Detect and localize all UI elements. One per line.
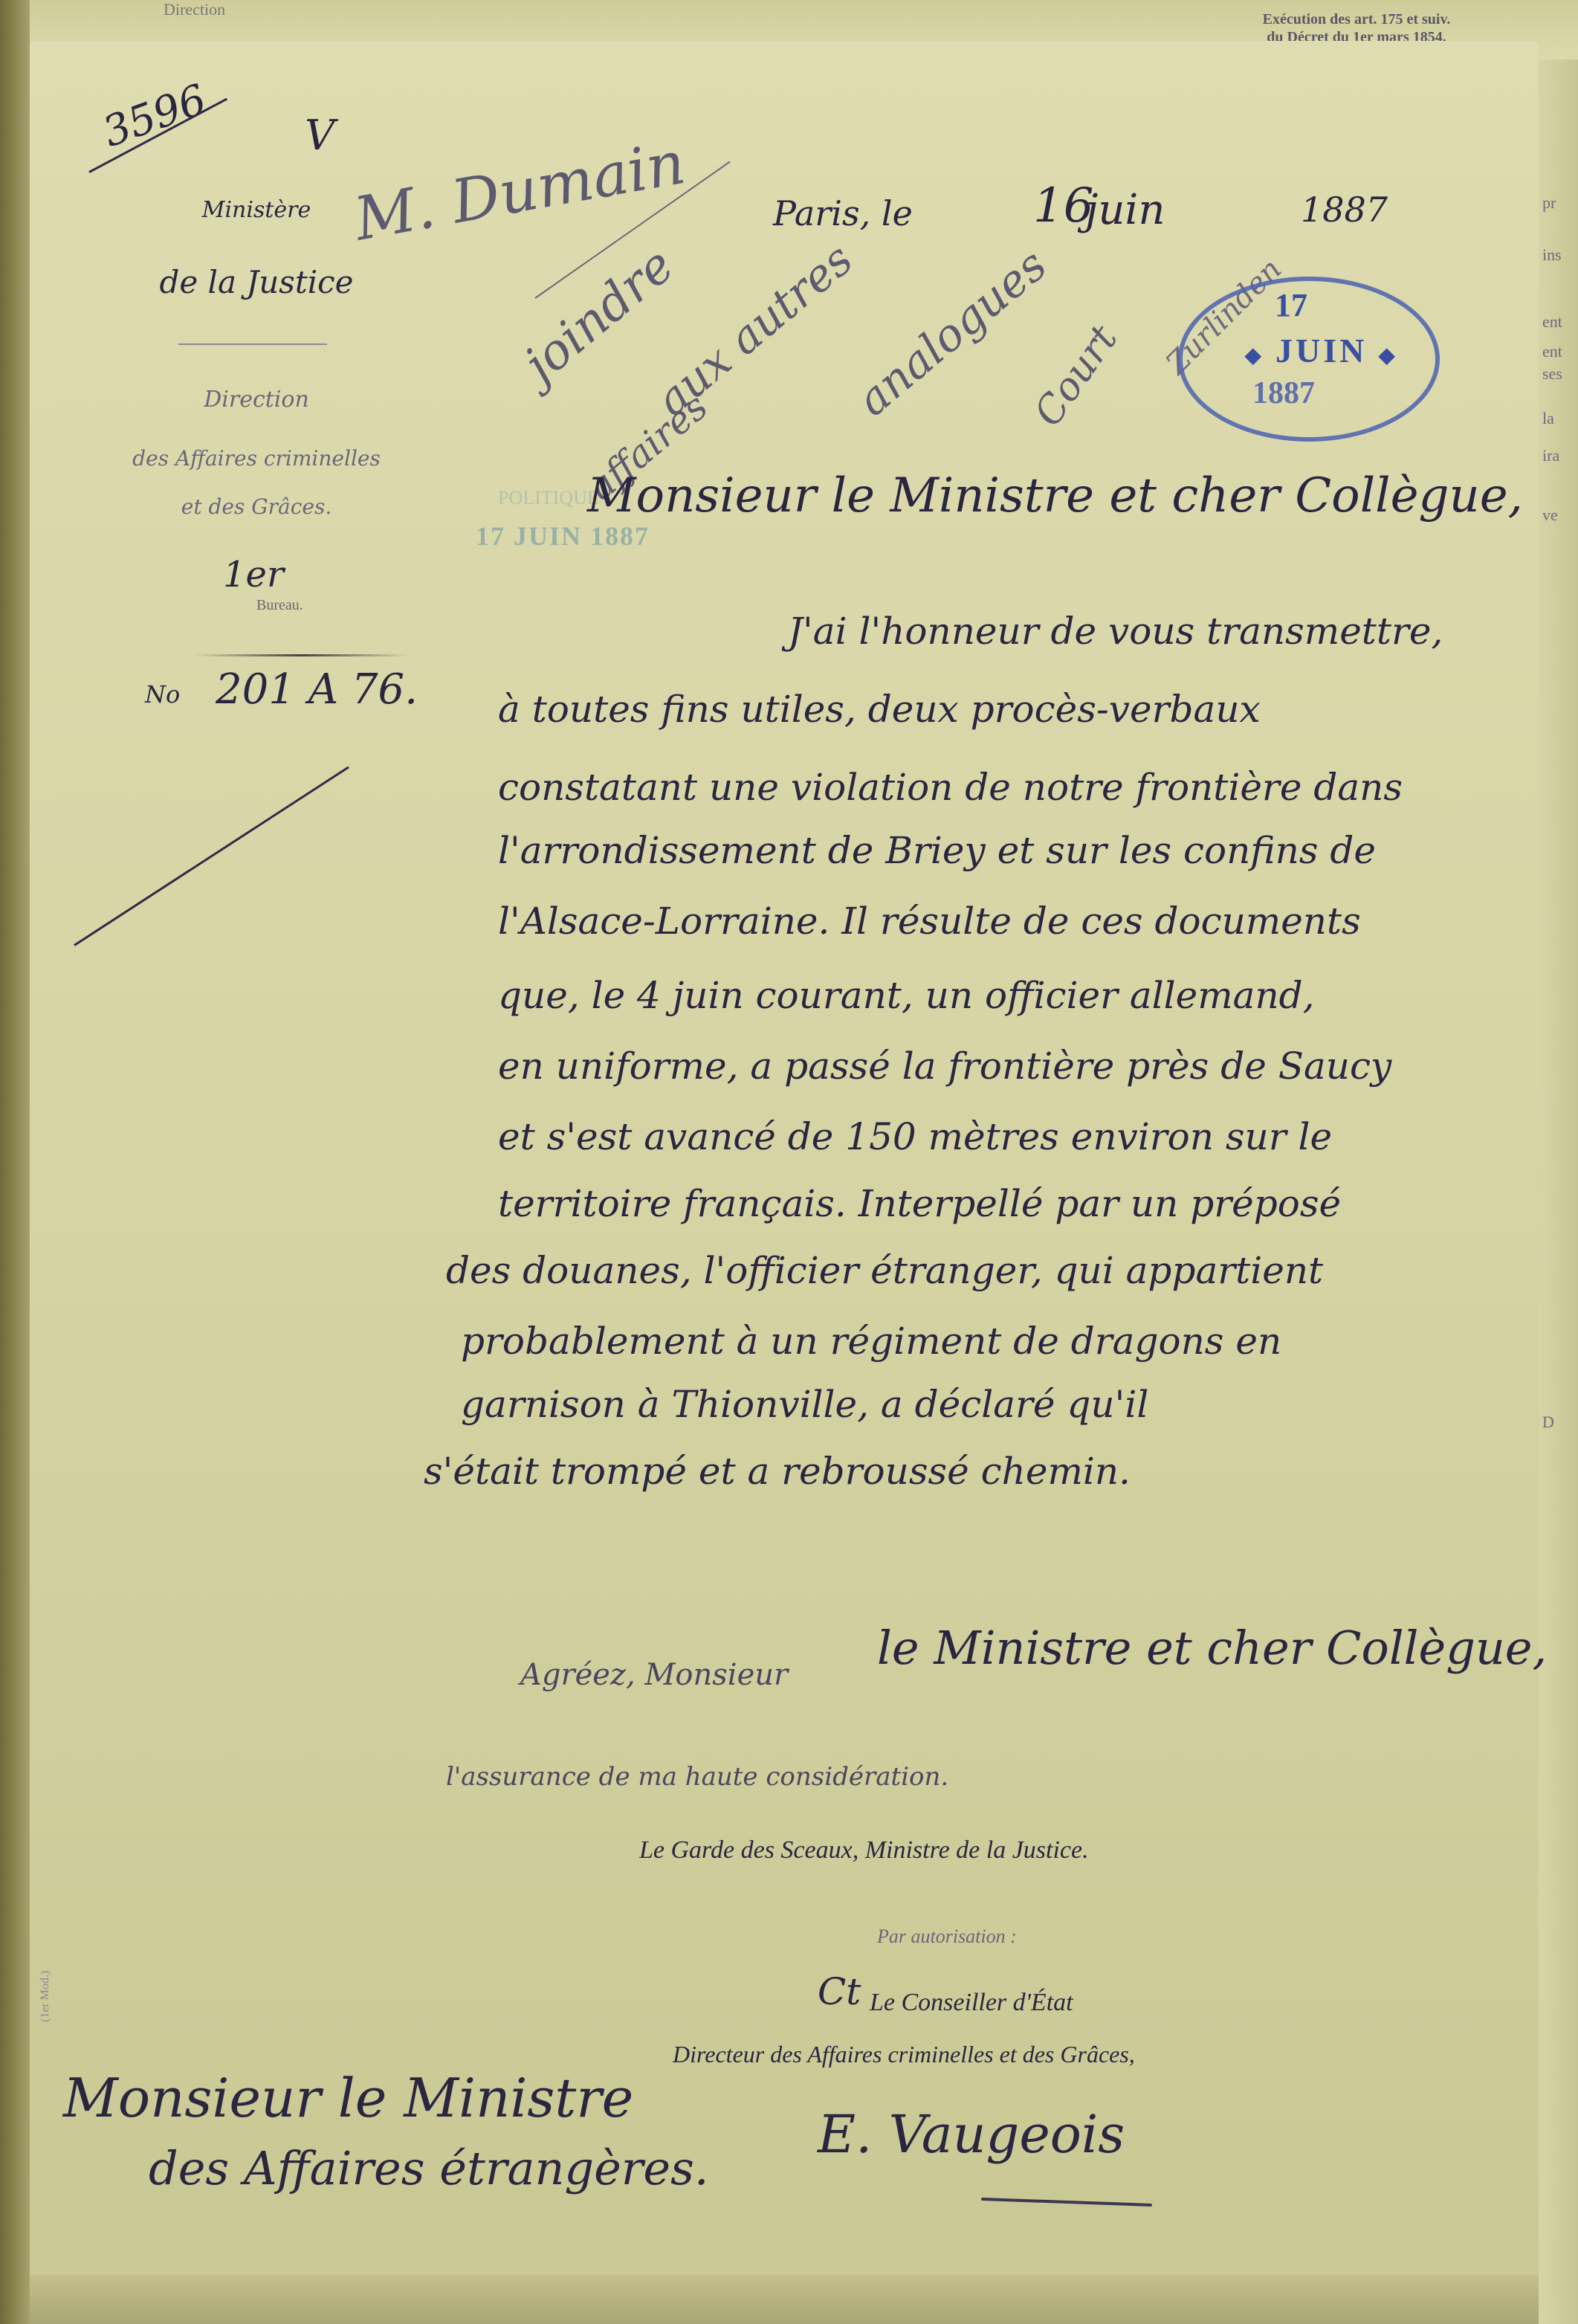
body-line: l'Alsace-Lorraine. Il résulte de ces doc… xyxy=(498,900,1361,943)
faint-stamp-line2: 17 JUIN 1887 xyxy=(476,520,650,552)
back-page-fragment: Direction xyxy=(164,0,225,19)
body-line: l'arrondissement de Briey et sur les con… xyxy=(498,829,1376,872)
adjacent-page-fragment: ve xyxy=(1542,506,1558,525)
letterhead-affaires-2: et des Grâces. xyxy=(89,494,424,519)
body-line: à toutes fins utiles, deux procès-verbau… xyxy=(498,688,1261,731)
stamp-year: 1887 xyxy=(1252,375,1315,411)
closing-handwritten: le Ministre et cher Collègue, xyxy=(877,1621,1547,1675)
body-line: J'ai l'honneur de vous transmettre, xyxy=(788,610,1443,653)
body-line: probablement à un régiment de dragons en xyxy=(461,1320,1281,1363)
letterhead-direction: Direction xyxy=(89,387,424,413)
dateline-month: juin xyxy=(1085,186,1165,234)
body-line: garnison à Thionville, a déclaré qu'il xyxy=(461,1383,1148,1426)
adjacent-page-fragment: ira xyxy=(1542,446,1559,465)
conseiller-title: Le Conseiller d'État xyxy=(870,1989,1073,2017)
body-line: territoire français. Interpellé par un p… xyxy=(498,1182,1341,1225)
page-fold-shadow xyxy=(30,2275,1539,2324)
stamp-day: 17 xyxy=(1275,286,1307,324)
body-line: des douanes, l'officier étranger, qui ap… xyxy=(446,1249,1323,1292)
adjacent-page-fragment: la xyxy=(1542,409,1554,428)
body-line: constatant une violation de notre fronti… xyxy=(498,766,1403,809)
adjacent-page-fragment: ses xyxy=(1542,364,1562,384)
adjacent-page-fragment: ins xyxy=(1542,245,1562,265)
addressee-line2: des Affaires étrangères. xyxy=(149,2141,709,2195)
adjacent-page-right xyxy=(1532,59,1578,2324)
adjacent-page-fragment: pr xyxy=(1542,193,1556,213)
dateline-year: 1887 xyxy=(1301,190,1388,230)
bureau-label: Bureau. xyxy=(256,597,303,614)
directeur-title: Directeur des Affaires criminelles et de… xyxy=(673,2041,1135,2068)
closing-printed: Agréez, Monsieur xyxy=(520,1658,788,1692)
number-label: No xyxy=(145,680,180,709)
signature-title: Le Garde des Sceaux, Ministre de la Just… xyxy=(639,1836,1089,1865)
number-value: 201 A 76. xyxy=(216,665,418,714)
file-ref-suffix: V xyxy=(305,112,334,160)
side-print: (1er Mod.) xyxy=(39,1971,52,2022)
adjacent-page-fragment: ent xyxy=(1542,312,1562,332)
body-line: et s'est avancé de 150 mètres environ su… xyxy=(498,1115,1332,1158)
adjacent-page-fragment: ent xyxy=(1542,342,1562,361)
letterhead-affaires-1: des Affaires criminelles xyxy=(89,446,424,471)
bureau-number: 1er xyxy=(223,554,284,595)
addressee-line1: Monsieur le Ministre xyxy=(63,2067,633,2129)
diamond-icon: ◆ xyxy=(1379,344,1398,367)
stamp-month: ◆ JUIN ◆ xyxy=(1245,331,1397,370)
closing-line2: l'assurance de ma haute considération. xyxy=(446,1762,948,1792)
par-autorisation: Par autorisation : xyxy=(877,1926,1017,1948)
signature: E. Vaugeois xyxy=(818,2104,1125,2165)
letterhead-swash-rule xyxy=(193,654,409,656)
salutation: Monsieur le Ministre et cher Collègue, xyxy=(587,468,1523,523)
adjacent-page-fragment: D xyxy=(1542,1413,1554,1432)
body-line: s'était trompé et a rebroussé chemin. xyxy=(424,1450,1131,1493)
faint-stamp-line1: POLITIQUE xyxy=(498,487,599,509)
letterhead-justice: de la Justice xyxy=(89,264,424,300)
body-line: en uniforme, a passé la frontière près d… xyxy=(498,1045,1391,1088)
letterhead-rule xyxy=(178,343,327,345)
ct-mark: Ct xyxy=(818,1970,861,2013)
dateline-place: Paris, le xyxy=(773,193,913,233)
body-line: que, le 4 juin courant, un officier alle… xyxy=(498,974,1315,1017)
diamond-icon: ◆ xyxy=(1245,344,1264,367)
